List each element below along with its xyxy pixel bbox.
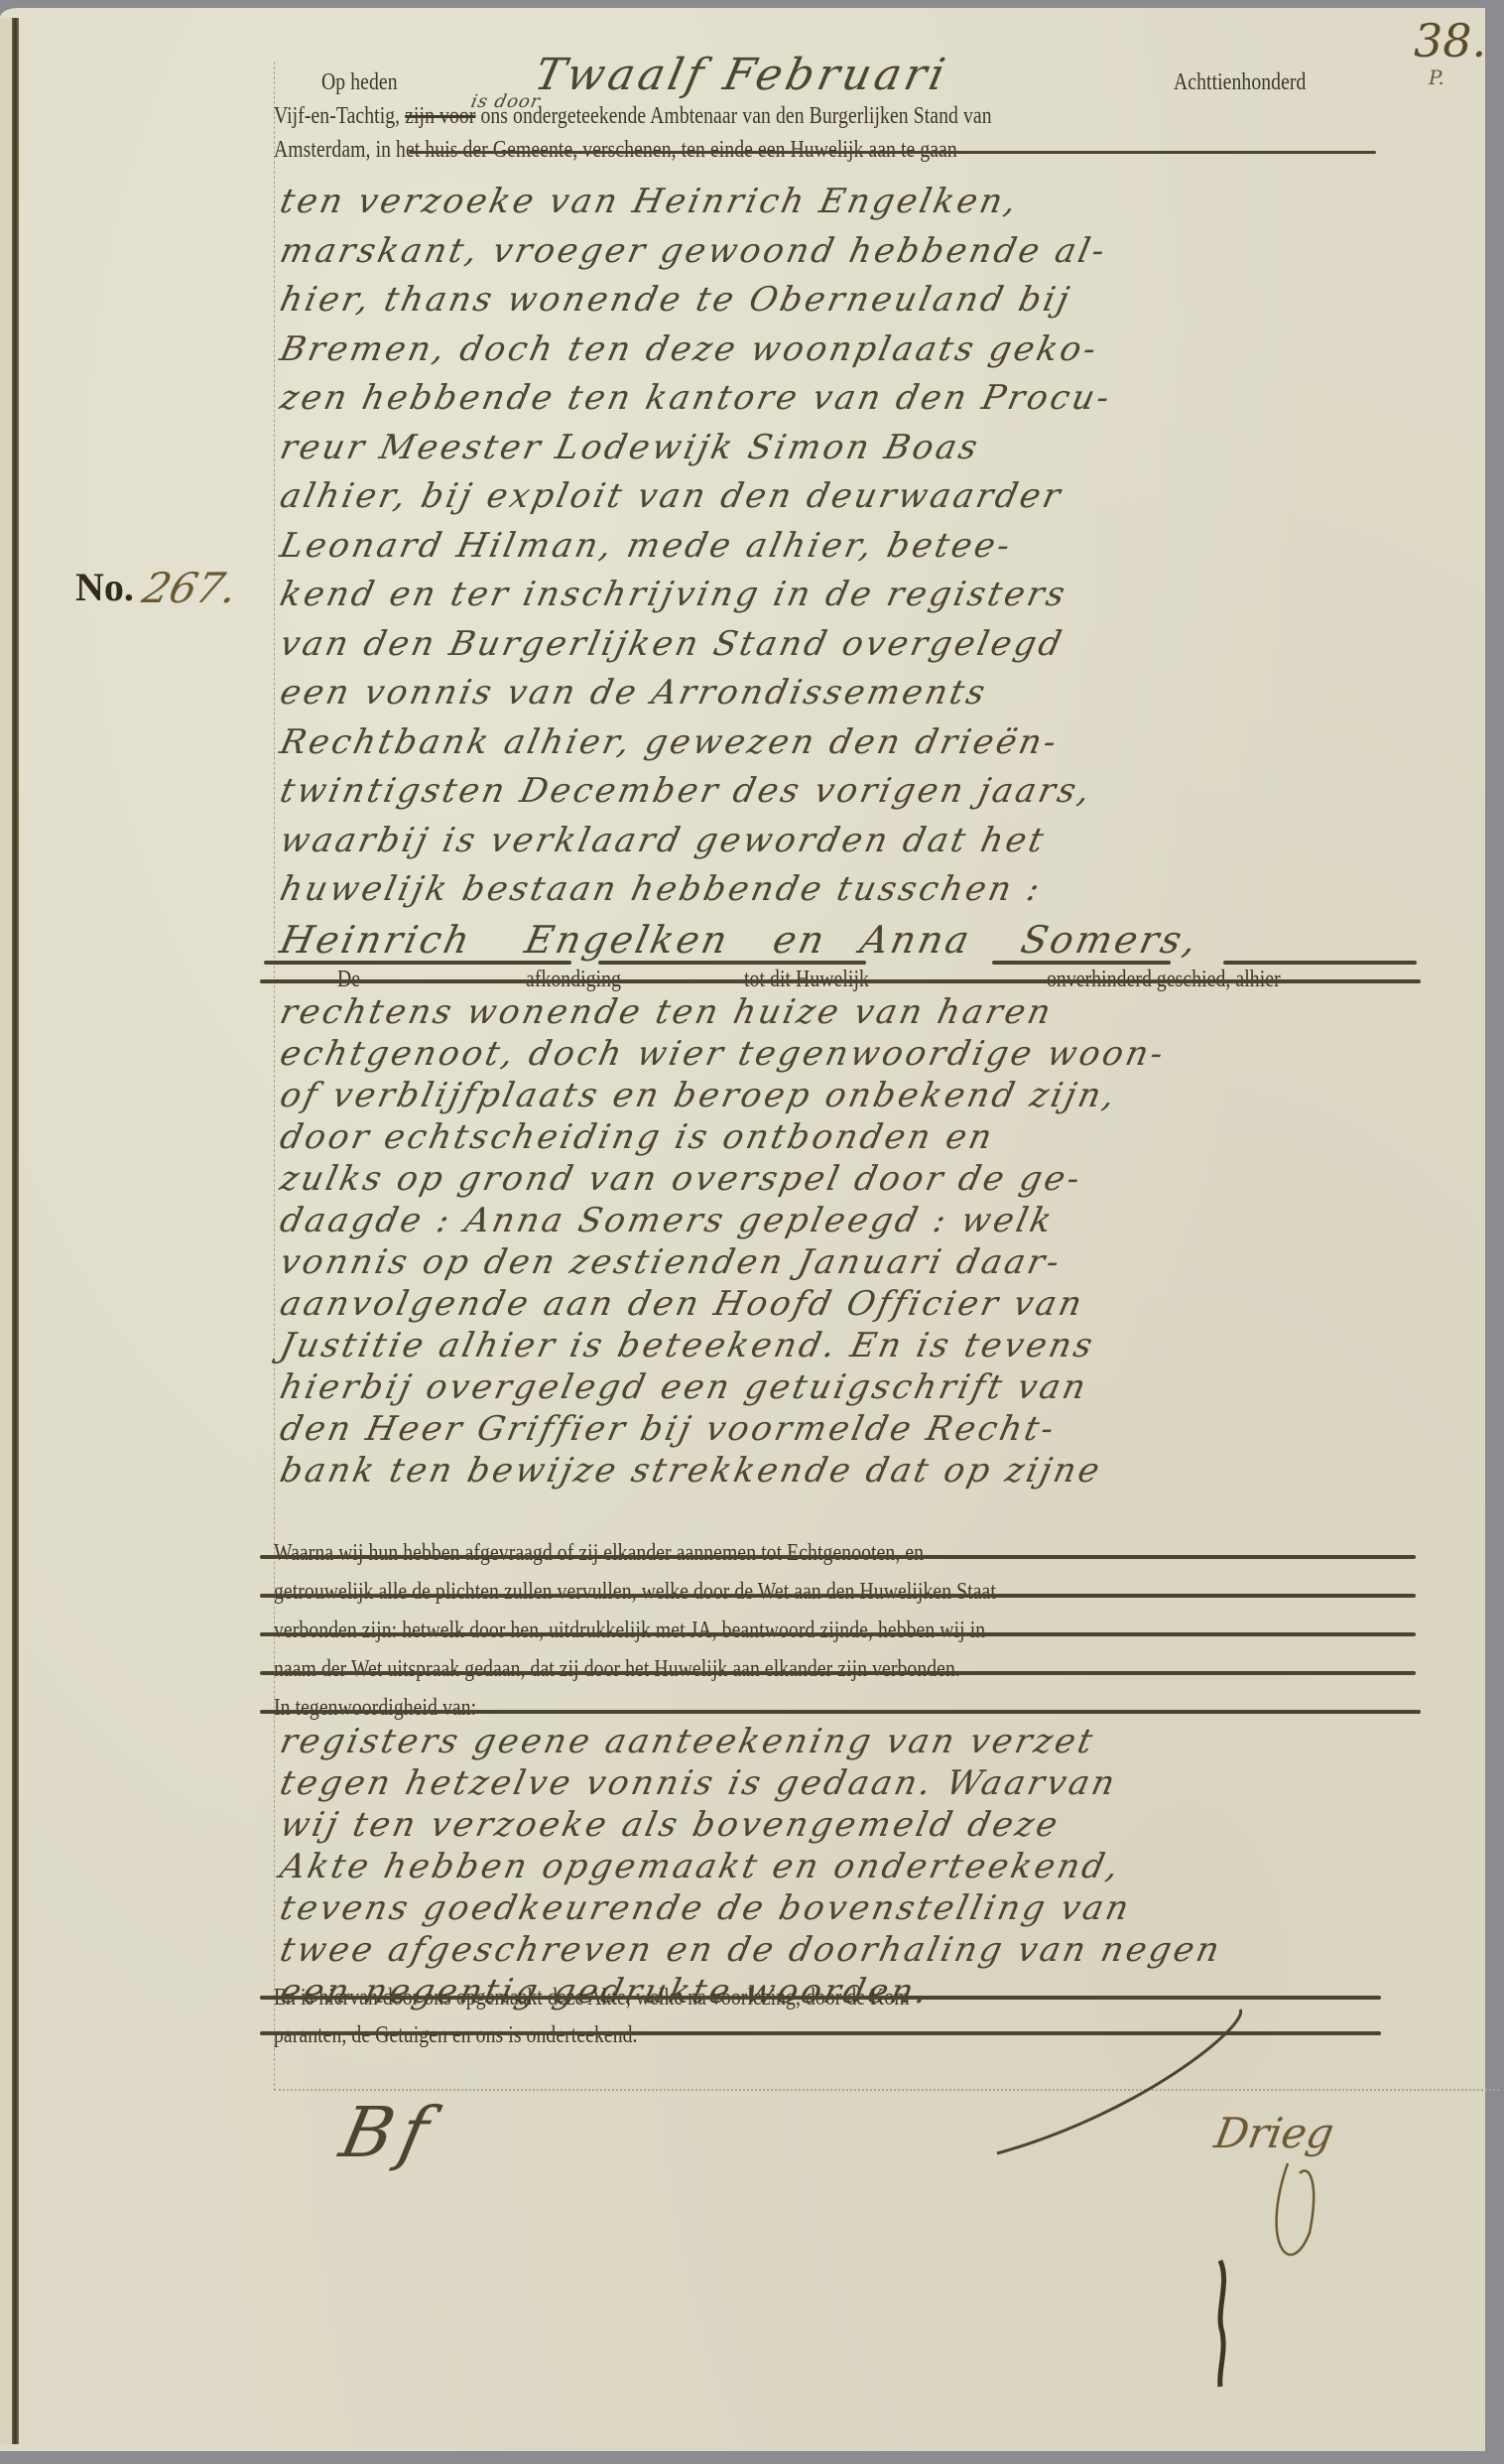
record-number: 267. bbox=[138, 564, 243, 612]
page-number: 38. bbox=[1414, 14, 1486, 67]
struck-printed-line: verbonden zijn: hetwelk door hen, uitdru… bbox=[274, 1618, 985, 1644]
handwritten-line: hier, thans wonende te Oberneuland bij bbox=[277, 280, 1075, 320]
struck-printed-line: Waarna wij hun hebben afgevraagd of zij … bbox=[274, 1540, 924, 1567]
official-signature: Drieg bbox=[1211, 2109, 1338, 2157]
groom-first-underline bbox=[264, 961, 571, 965]
handwritten-line: twintigsten December des vorigen jaars, bbox=[277, 771, 1096, 811]
handwritten-line: kend en ter inschrijving in de registers bbox=[277, 575, 1071, 614]
handwritten-line: aanvolgende aan den Hoofd Officier van bbox=[277, 1284, 1088, 1324]
struck-huis-der-gemeente: in het huis der Gemeente, verschenen, te… bbox=[376, 137, 957, 163]
printed-op-heden: Op heden bbox=[321, 69, 398, 96]
form-left-border bbox=[274, 62, 275, 2091]
struck-zijn-voor: zijn voor bbox=[405, 103, 475, 129]
struck-printed-line: paranten, de Getuigen en ons is ondertee… bbox=[274, 2022, 638, 2049]
handwritten-line: waarbij is verklaard geworden dat het bbox=[277, 821, 1050, 860]
printed-year: Vijf-en-Tachtig, bbox=[274, 103, 400, 129]
groom-last-name: Engelken bbox=[521, 918, 734, 962]
names-conjunction: en bbox=[769, 918, 830, 962]
handwritten-line: Bremen, doch ten deze woonplaats geko- bbox=[277, 329, 1102, 369]
form-bottom-border bbox=[274, 2089, 1499, 2091]
handwritten-line: ten verzoeke van Heinrich Engelken, bbox=[277, 182, 1023, 221]
handwritten-line: Leonard Hilman, mede alhier, betee- bbox=[277, 526, 1017, 566]
bride-first-name: Anna bbox=[856, 918, 975, 962]
strike-line bbox=[260, 1671, 1416, 1675]
handwritten-line: Justitie alhier is beteekend. En is teve… bbox=[277, 1326, 1099, 1365]
handwritten-line: registers geene aanteekening van verzet bbox=[277, 1722, 1099, 1761]
strike-line bbox=[260, 1632, 1416, 1636]
strike-line bbox=[260, 1996, 1381, 2000]
handwritten-line: echtgenoot, doch wier tegenwoordige woon… bbox=[277, 1034, 1170, 1074]
printed-line-2: Vijf-en-Tachtig, zijn voor ons ondergete… bbox=[274, 103, 992, 130]
binding-fold bbox=[12, 18, 19, 2444]
strike-line bbox=[260, 1555, 1416, 1559]
handwritten-line: twee afgeschreven en de doorhaling van n… bbox=[277, 1930, 1226, 1970]
groom-last-underline bbox=[598, 961, 866, 965]
handwritten-line: rechtens wonende ten huize van haren bbox=[277, 992, 1058, 1032]
handwritten-line: hierbij overgelegd een getuigschrift van bbox=[277, 1367, 1092, 1407]
handwritten-line: alhier, bij exploit van den deurwaarder bbox=[277, 476, 1066, 516]
struck-printed-line: naam der Wet uitspraak gedaan, dat zij d… bbox=[274, 1656, 960, 1683]
bride-last-underline bbox=[1223, 961, 1417, 965]
handwritten-line: tevens goedkeurende de bovenstelling van bbox=[277, 1888, 1135, 1928]
handwritten-line: zen hebbende ten kantore van den Procu- bbox=[277, 378, 1116, 418]
record-number-label: No. bbox=[75, 564, 134, 610]
strike-line bbox=[260, 1594, 1416, 1598]
strike-line bbox=[260, 2031, 1381, 2035]
handwritten-line: marskant, vroeger gewoond hebbende al- bbox=[277, 231, 1111, 271]
printed-achttienhonderd: Achttienhonderd bbox=[1174, 69, 1306, 96]
strike-afkondiging bbox=[260, 979, 1421, 983]
handwritten-line: vonnis op den zestienden Januari daar- bbox=[277, 1242, 1065, 1282]
struck-printed-line: getrouwelijk alle de plichten zullen ver… bbox=[274, 1579, 996, 1606]
handwritten-line: door echtscheiding is ontbonden en bbox=[277, 1117, 998, 1157]
inserted-is-door: is door bbox=[469, 91, 543, 112]
handwritten-line: wij ten verzoeke als bovengemeld deze bbox=[277, 1805, 1064, 1845]
handwritten-line: Rechtbank alhier, gewezen den drieën- bbox=[277, 722, 1063, 762]
handwritten-line: den Heer Griffier bij voormelde Recht- bbox=[277, 1409, 1061, 1449]
record-label-text: No. bbox=[75, 565, 134, 609]
struck-printed-line: In tegenwoordigheid van: bbox=[274, 1695, 476, 1722]
handwritten-line: van den Burgerlijken Stand overgelegd bbox=[277, 624, 1067, 664]
strike-line-3 bbox=[409, 151, 1376, 154]
handwritten-line: een vonnis van de Arrondissements bbox=[277, 673, 991, 713]
strike-line bbox=[260, 1710, 1421, 1714]
handwritten-line: Akte hebben opgemaakt en onderteekend, bbox=[277, 1847, 1125, 1886]
initials-mark: Bf bbox=[333, 2092, 443, 2173]
groom-first-name: Heinrich bbox=[276, 918, 476, 962]
facing-page-edge bbox=[0, 18, 12, 2444]
printed-amsterdam: Amsterdam, bbox=[274, 137, 371, 163]
handwritten-line: reur Meester Lodewijk Simon Boas bbox=[277, 428, 984, 467]
handwritten-date: Twaalf Februari bbox=[531, 50, 953, 100]
handwritten-line: daagde : Anna Somers gepleegd : welk bbox=[277, 1201, 1059, 1240]
handwritten-line: zulks op grond van overspel door de ge- bbox=[277, 1159, 1086, 1199]
handwritten-line: of verblijfplaats en beroep onbekend zij… bbox=[277, 1076, 1121, 1115]
handwritten-line: tegen hetzelve vonnis is gedaan. Waarvan bbox=[277, 1763, 1121, 1803]
printed-ambtenaar: ons ondergeteekende Ambtenaar van den Bu… bbox=[480, 103, 991, 129]
page-sub-mark: P. bbox=[1429, 65, 1444, 89]
handwritten-line: huwelijk bestaan hebbende tusschen : bbox=[277, 869, 1046, 909]
bride-first-underline bbox=[992, 961, 1171, 965]
bride-last-name: Somers, bbox=[1017, 918, 1203, 962]
handwritten-line: bank ten bewijze strekkende dat op zijne bbox=[277, 1451, 1106, 1491]
